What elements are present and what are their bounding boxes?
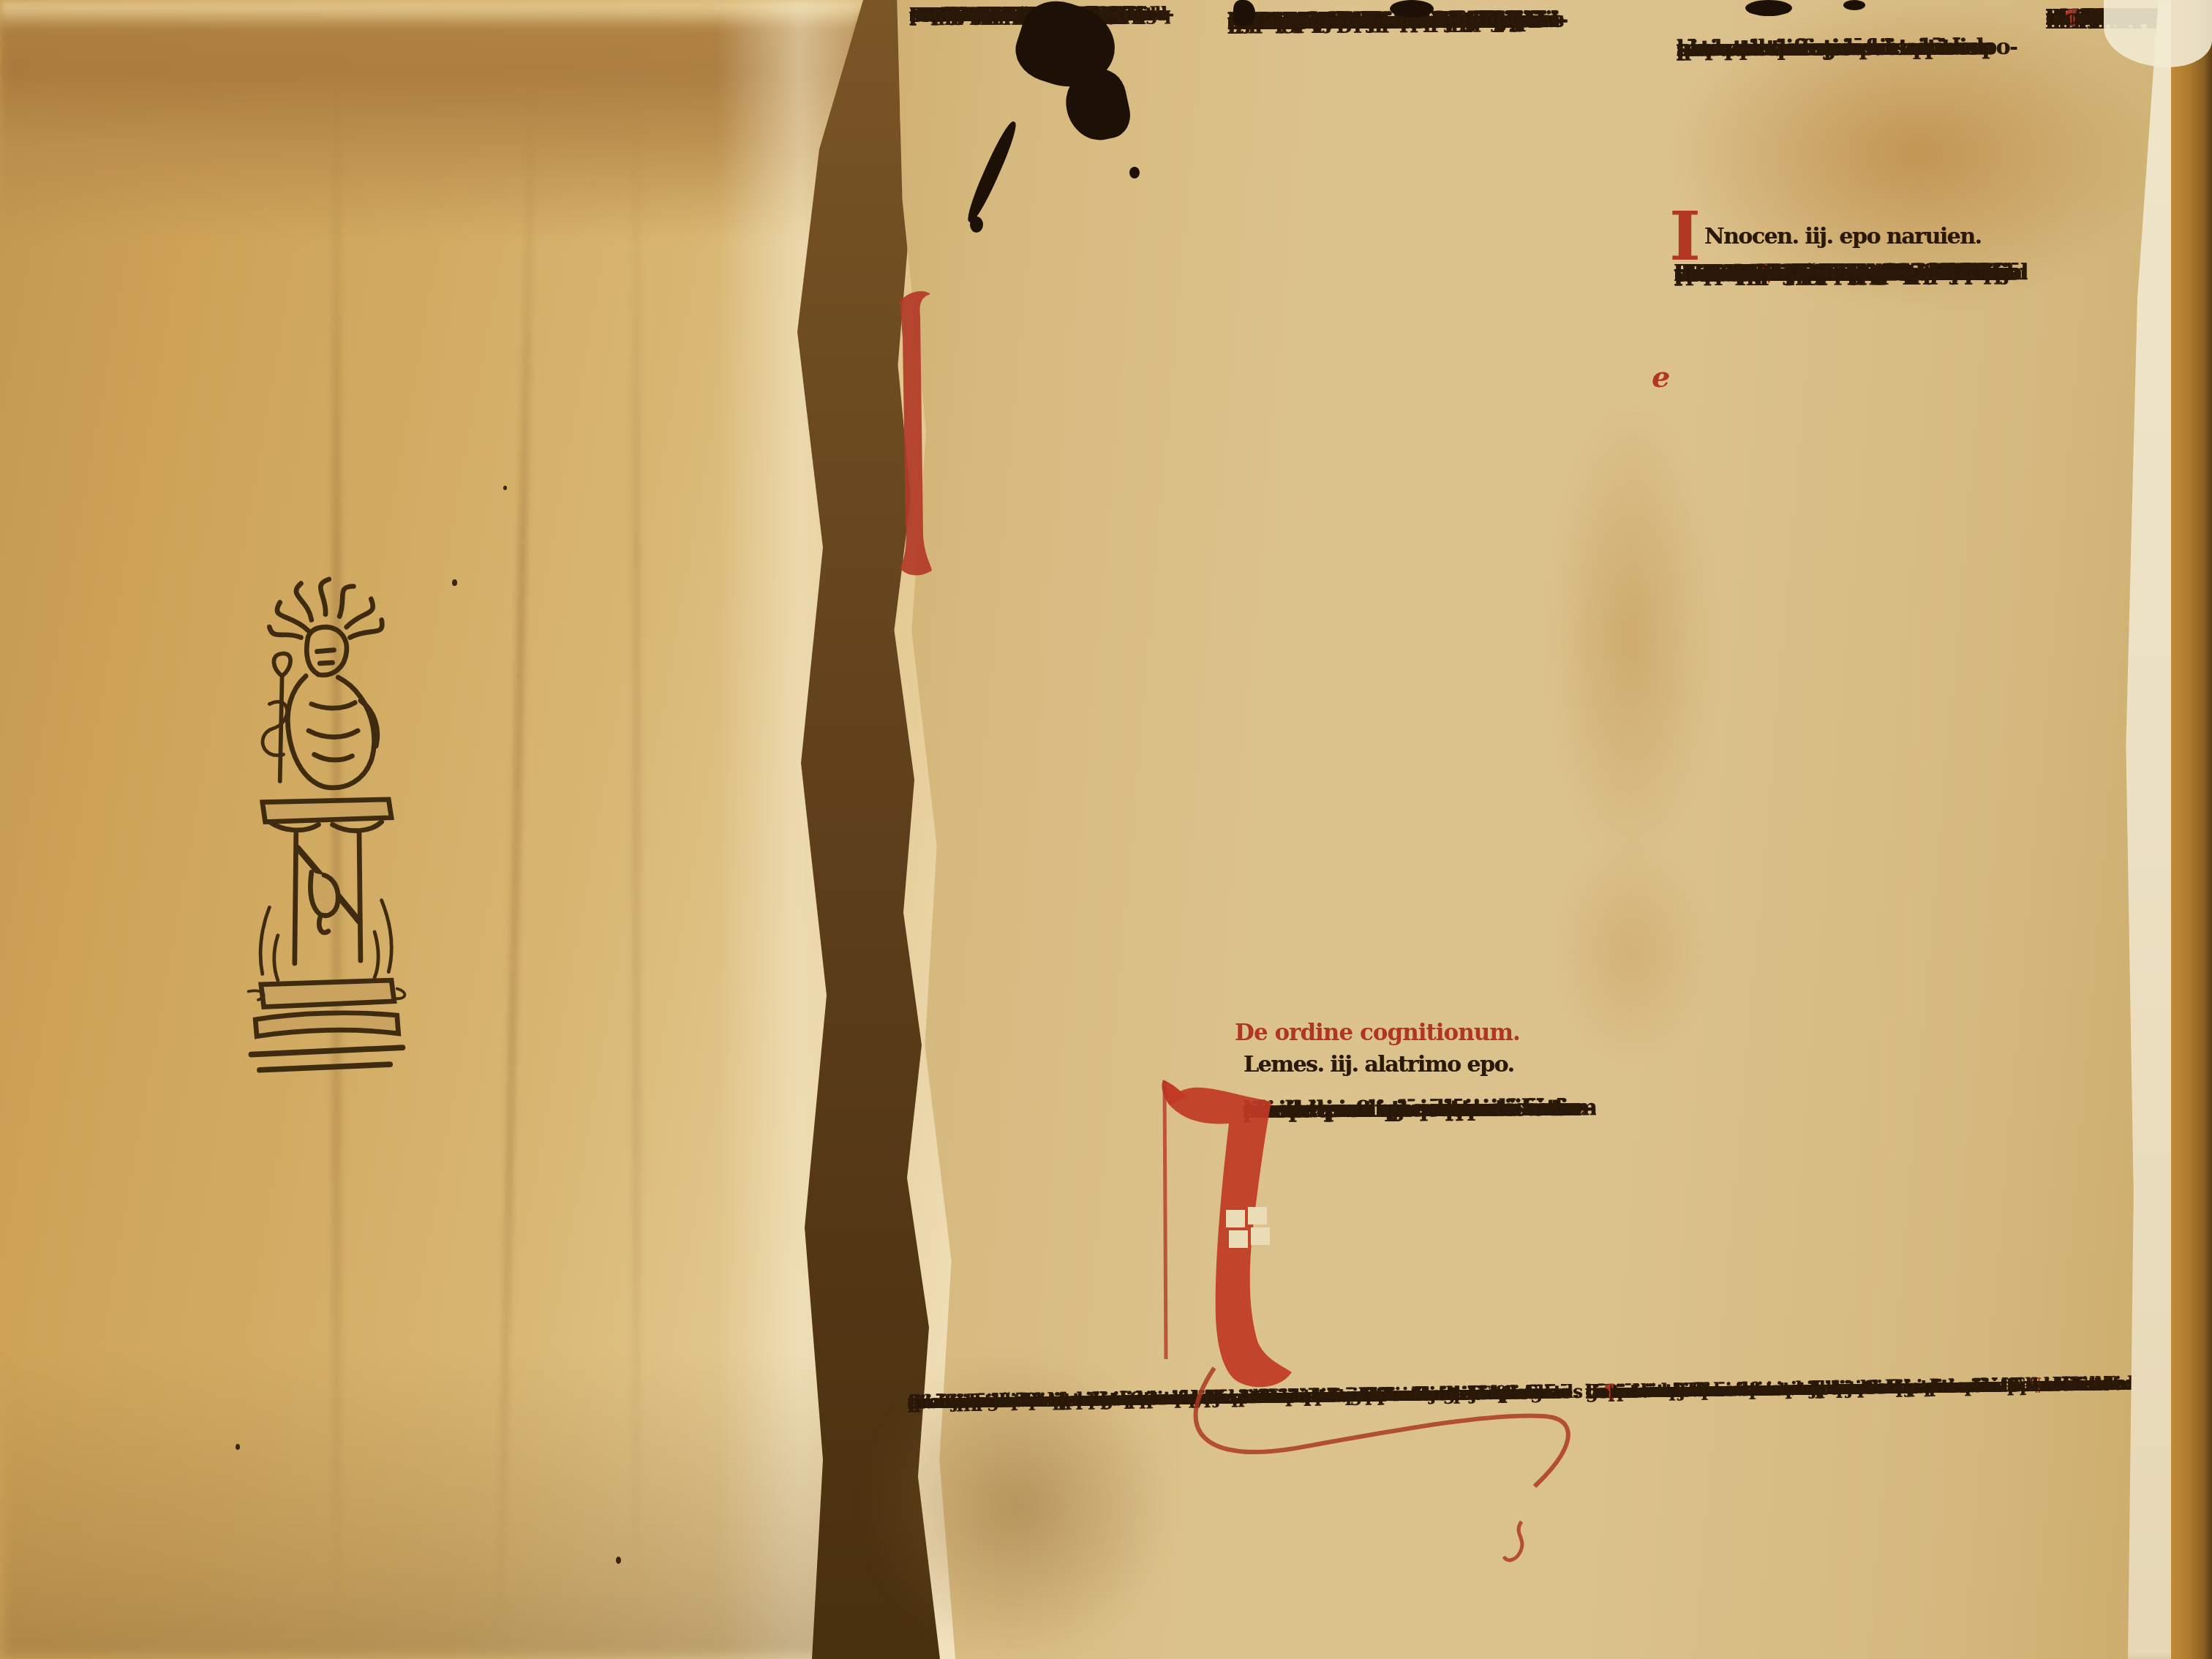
ink-blot-top-edge — [1843, 0, 1865, 10]
wormhole-speck — [236, 1444, 240, 1450]
wormhole-speck — [616, 1557, 621, 1564]
book-photo: ni manumi ssio es piu-ta. termius asperi… — [0, 0, 2212, 1659]
red-initial-I: I — [1669, 196, 1698, 284]
red-pen-flourish — [1163, 1346, 1617, 1580]
red-lombard-initial-I — [894, 287, 933, 579]
book-board-edge — [2171, 0, 2212, 1659]
decretal-inscription: Nnocen. iij. epo naruien. — [1704, 224, 2055, 249]
text-line: sat ratio iuris absoluas. — [1676, 31, 1937, 64]
wormhole-speck — [503, 486, 507, 490]
printer-device-woodcut — [241, 567, 410, 1094]
ink-dot — [1129, 167, 1140, 178]
ink-blot-top-edge — [1233, 0, 1255, 26]
wormhole-speck — [452, 579, 457, 586]
left-page-bottom-shade — [0, 1353, 878, 1659]
text-column-3-lower: Vm dilectus filius ab-bas de ferentillo … — [1674, 257, 2045, 1385]
ink-blot-top-edge — [1745, 0, 1792, 16]
bottom-gloss-right: debuit no cere eccie dolus abbatis siue … — [1585, 1371, 2167, 1658]
ink-blot-top-edge — [1390, 0, 1434, 18]
text-line: ab eisdē nobilibz sit obiecta — [1674, 257, 1985, 290]
red-guide-letter: e — [1652, 360, 1670, 394]
text-column-3-upper: probata questio principalispimatur an og… — [1676, 31, 2042, 231]
ink-dot — [970, 217, 983, 233]
red-rubric-heading: De ordine cognitionum. — [1235, 1018, 1579, 1047]
text-column-2-upper: sed expediri decreat qōnes dzen iudicial… — [1227, 5, 1577, 1011]
